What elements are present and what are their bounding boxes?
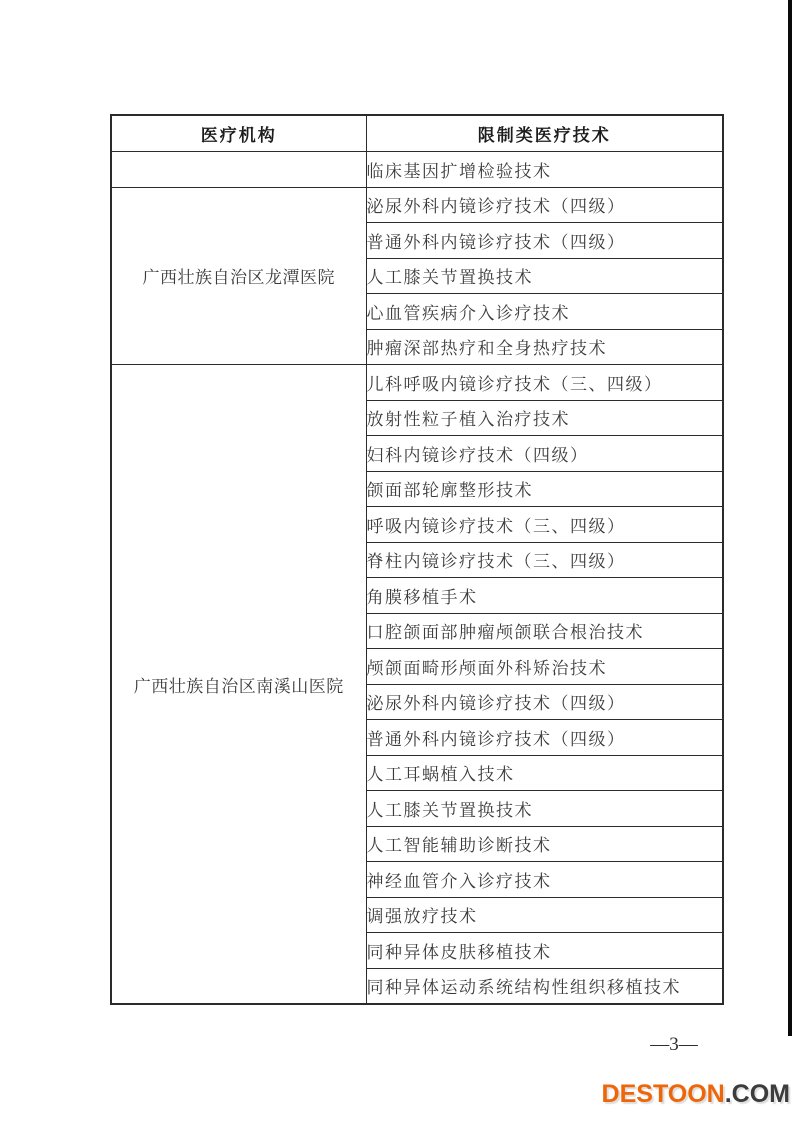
technology-cell: 儿科呼吸内镜诊疗技术（三、四级） [366,365,723,401]
technology-cell: 临床基因扩增检验技术 [366,152,723,188]
table-row: 临床基因扩增检验技术 [111,152,723,188]
technology-cell: 普通外科内镜诊疗技术（四级） [366,223,723,259]
technology-cell: 同种异体皮肤移植技术 [366,933,723,969]
technology-cell: 放射性粒子植入治疗技术 [366,400,723,436]
header-restricted-tech: 限制类医疗技术 [366,115,723,152]
table-row: 广西壮族自治区南溪山医院儿科呼吸内镜诊疗技术（三、四级） [111,365,723,401]
scan-artifact-line [788,0,792,1036]
technology-cell: 人工膝关节置换技术 [366,258,723,294]
page-number: —3— [643,1034,705,1056]
technology-cell: 人工膝关节置换技术 [366,791,723,827]
table-row: 广西壮族自治区龙潭医院泌尿外科内镜诊疗技术（四级） [111,187,723,223]
technology-cell: 人工耳蜗植入技术 [366,755,723,791]
technology-cell: 普通外科内镜诊疗技术（四级） [366,720,723,756]
technology-cell: 角膜移植手术 [366,578,723,614]
technology-cell: 肿瘤深部热疗和全身热疗技术 [366,329,723,365]
technology-cell: 心血管疾病介入诊疗技术 [366,294,723,330]
technology-cell: 妇科内镜诊疗技术（四级） [366,436,723,472]
watermark-brand-text: DESTOON [602,1080,725,1108]
scanned-document-page: { "document": { "page_number": "—3—" }, … [0,0,796,1122]
table-header-row: 医疗机构 限制类医疗技术 [111,115,723,152]
technology-cell: 神经血管介入诊疗技术 [366,862,723,898]
technology-cell: 泌尿外科内镜诊疗技术（四级） [366,187,723,223]
technology-cell: 颅颌面畸形颅面外科矫治技术 [366,649,723,685]
technology-cell: 呼吸内镜诊疗技术（三、四级） [366,507,723,543]
technology-cell: 同种异体运动系统结构性组织移植技术 [366,968,723,1004]
destoon-watermark: DESTOON.COM [602,1082,790,1107]
technology-cell: 口腔颌面部肿瘤颅颌联合根治技术 [366,613,723,649]
institution-cell: 广西壮族自治区南溪山医院 [111,365,366,1005]
institution-cell: 广西壮族自治区龙潭医院 [111,187,366,365]
technology-cell: 调强放疗技术 [366,897,723,933]
institution-cell [111,152,366,188]
header-institution: 医疗机构 [111,115,366,152]
watermark-suffix-text: .COM [725,1080,790,1108]
technology-cell: 颌面部轮廓整形技术 [366,471,723,507]
technology-cell: 泌尿外科内镜诊疗技术（四级） [366,684,723,720]
technology-cell: 脊柱内镜诊疗技术（三、四级） [366,542,723,578]
restricted-tech-table: 医疗机构 限制类医疗技术 临床基因扩增检验技术广西壮族自治区龙潭医院泌尿外科内镜… [110,114,724,1005]
technology-cell: 人工智能辅助诊断技术 [366,826,723,862]
